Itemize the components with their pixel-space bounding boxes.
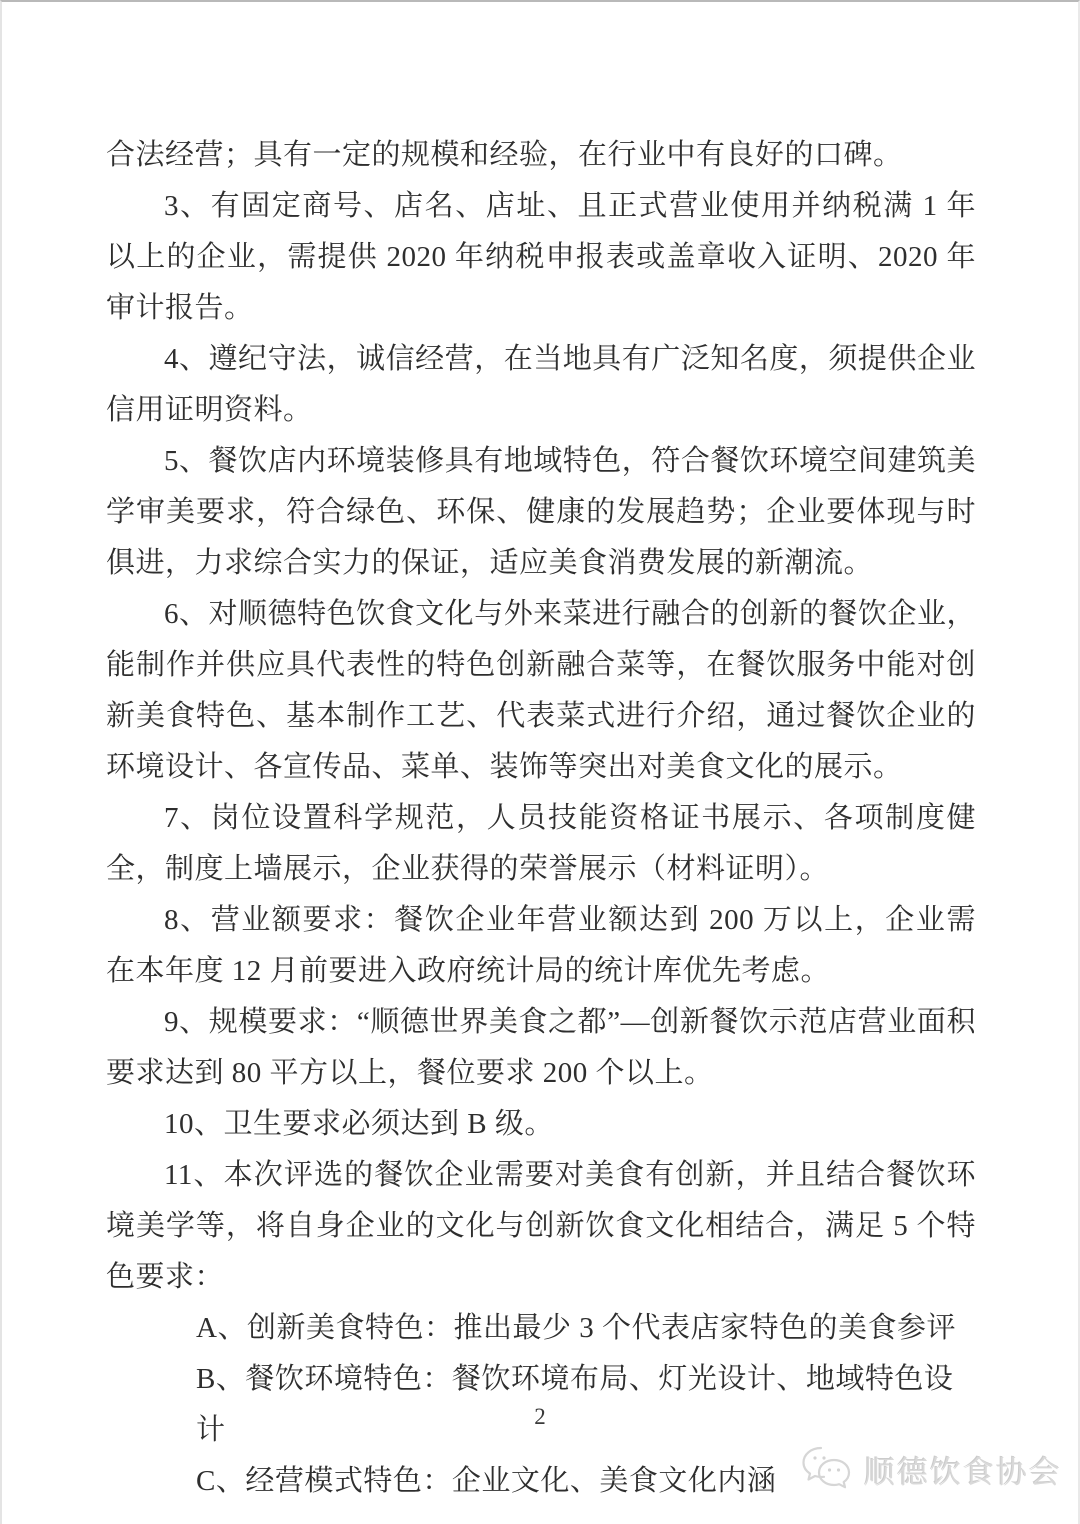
page-number: 2 <box>2 1404 1078 1430</box>
paragraph: 合法经营；具有一定的规模和经验，在行业中有良好的口碑。 <box>106 130 976 181</box>
paragraph: 7、岗位设置科学规范，人员技能资格证书展示、各项制度健全，制度上墙展示，企业获得… <box>106 793 976 895</box>
paragraph: 3、有固定商号、店名、店址、且正式营业使用并纳税满 1 年以上的企业，需提供 2… <box>106 181 976 334</box>
paragraph: 10、卫生要求必须达到 B 级。 <box>106 1099 976 1150</box>
paragraph: C、经营模式特色：企业文化、美食文化内涵 <box>106 1456 976 1507</box>
document-page: 合法经营；具有一定的规模和经验，在行业中有良好的口碑。3、有固定商号、店名、店址… <box>0 0 1080 1524</box>
paragraph: A、创新美食特色：推出最少 3 个代表店家特色的美食参评 <box>106 1303 976 1354</box>
paragraph: 9、规模要求：“顺德世界美食之都”—创新餐饮示范店营业面积要求达到 80 平方以… <box>106 997 976 1099</box>
paragraph: 11、本次评选的餐饮企业需要对美食有创新，并且结合餐饮环境美学等，将自身企业的文… <box>106 1150 976 1303</box>
paragraph: 6、对顺德特色饮食文化与外来菜进行融合的创新的餐饮企业，能制作并供应具代表性的特… <box>106 589 976 793</box>
paragraph: 4、遵纪守法，诚信经营，在当地具有广泛知名度，须提供企业信用证明资料。 <box>106 334 976 436</box>
document-body: 合法经营；具有一定的规模和经验，在行业中有良好的口碑。3、有固定商号、店名、店址… <box>106 130 976 1507</box>
paragraph: 5、餐饮店内环境装修具有地域特色，符合餐饮环境空间建筑美学审美要求，符合绿色、环… <box>106 436 976 589</box>
paragraph: 8、营业额要求：餐饮企业年营业额达到 200 万以上，企业需在本年度 12 月前… <box>106 895 976 997</box>
